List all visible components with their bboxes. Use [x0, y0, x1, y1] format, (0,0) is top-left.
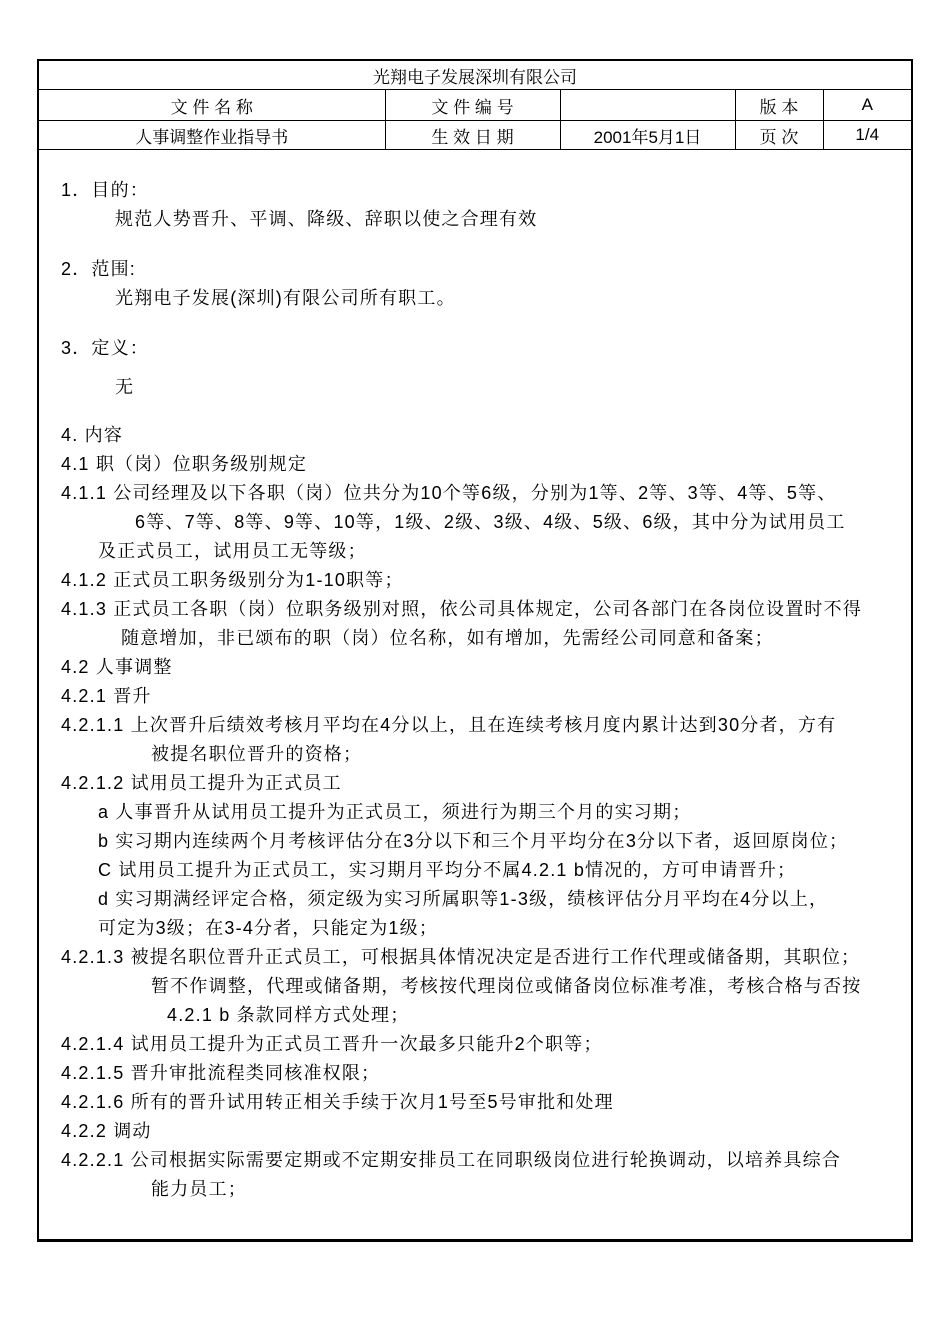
section-3-text: 无	[39, 373, 911, 402]
page-number-value: 1/4	[823, 121, 911, 150]
clause-4-1-3-cont: 随意增加，非已颂布的职（岗）位名称，如有增加，先需经公司同意和备案；	[39, 624, 911, 653]
version-value: A	[823, 90, 911, 121]
section-2-title: 2．范围:	[39, 255, 911, 284]
doc-number-value	[560, 90, 735, 121]
section-3-title: 3．定义：	[39, 334, 911, 363]
version-label: 版 本	[735, 90, 823, 121]
clause-4-1-1-cont: 6等、7等、8等、9等、10等，1级、2级、3级、4级、5级、6级，其中分为试用…	[39, 508, 911, 537]
clause-4-1-2: 4.1.2 正式员工职务级别分为1-10职等；	[39, 566, 911, 595]
clause-4-2: 4.2 人事调整	[39, 653, 911, 682]
clause-4-2-1-2-d-cont: 可定为3级；在3-4分者，只能定为1级；	[39, 914, 911, 943]
clause-4-1-3: 4.1.3 正式员工各职（岗）位职务级别对照，依公司具体规定，公司各部门在各岗位…	[39, 595, 911, 624]
effective-date-value: 2001年5月1日	[560, 121, 735, 150]
section-2-text: 光翔电子发展(深圳)有限公司所有职工。	[39, 284, 911, 313]
document-border-box: 光翔电子发展深圳有限公司 文 件 名 称 文 件 编 号 版 本 A 人事调整作…	[37, 59, 913, 1242]
clause-4-2-1-6: 4.2.1.6 所有的晋升试用转正相关手续于次月1号至5号审批和处理	[39, 1088, 911, 1117]
clause-4-2-1-4: 4.2.1.4 试用员工提升为正式员工晋升一次最多只能升2个职等；	[39, 1030, 911, 1059]
clause-4-2-2-1-cont: 能力员工；	[39, 1175, 911, 1204]
clause-4-1-1-cont2: 及正式员工，试用员工无等级；	[39, 537, 911, 566]
company-name: 光翔电子发展深圳有限公司	[39, 61, 911, 90]
clause-4-2-1-2-c: C 试用员工提升为正式员工，实习期月平均分不属4.2.1 b情况的，方可申请晋升…	[39, 856, 911, 885]
clause-4-2-1: 4.2.1 晋升	[39, 682, 911, 711]
clause-4-1: 4.1 职（岗）位职务级别规定	[39, 450, 911, 479]
page-number-label: 页 次	[735, 121, 823, 150]
clause-4-2-1-2-d: d 实习期满经评定合格，须定级为实习所属职等1-3级，绩核评估分月平均在4分以上…	[39, 885, 911, 914]
doc-name-label: 文 件 名 称	[39, 90, 385, 121]
clause-4-2-1-1-cont: 被提名职位晋升的资格；	[39, 740, 911, 769]
clause-4-2-2-1: 4.2.2.1 公司根据实际需要定期或不定期安排员工在同职级岗位进行轮换调动，以…	[39, 1146, 911, 1175]
document-page: 光翔电子发展深圳有限公司 文 件 名 称 文 件 编 号 版 本 A 人事调整作…	[0, 0, 950, 1344]
clause-4-2-1-1: 4.2.1.1 上次晋升后绩效考核月平均在4分以上，且在连续考核月度内累计达到3…	[39, 711, 911, 740]
clause-4-2-1-2: 4.2.1.2 试用员工提升为正式员工	[39, 769, 911, 798]
clause-4-1-1: 4.1.1 公司经理及以下各职（岗）位共分为10个等6级，分别为1等、2等、3等…	[39, 479, 911, 508]
clause-4-2-1-3-cont: 暂不作调整，代理或储备期，考核按代理岗位或储备岗位标准考准，考核合格与否按	[39, 972, 911, 1001]
clause-4-2-1-2-b: b 实习期内连续两个月考核评估分在3分以下和三个月平均分在3分以下者，返回原岗位…	[39, 827, 911, 856]
section-1-title: 1．目的：	[39, 176, 911, 205]
section-4-title: 4. 内容	[39, 421, 911, 450]
clause-4-2-1-3: 4.2.1.3 被提名职位晋升正式员工，可根据具体情况决定是否进行工作代理或储备…	[39, 943, 911, 972]
effective-date-label: 生 效 日 期	[385, 121, 560, 150]
document-header-table: 光翔电子发展深圳有限公司 文 件 名 称 文 件 编 号 版 本 A 人事调整作…	[39, 61, 911, 150]
doc-name-value: 人事调整作业指导书	[39, 121, 385, 150]
clause-4-2-1-5: 4.2.1.5 晋升审批流程类同核准权限；	[39, 1059, 911, 1088]
section-1-text: 规范人势晋升、平调、降级、辞职以使之合理有效	[39, 205, 911, 234]
clause-4-2-1-3-cont2: 4.2.1 b 条款同样方式处理；	[39, 1001, 911, 1030]
clause-4-2-2: 4.2.2 调动	[39, 1117, 911, 1146]
doc-number-label: 文 件 编 号	[385, 90, 560, 121]
clause-4-2-1-2-a: a 人事晋升从试用员工提升为正式员工，须进行为期三个月的实习期；	[39, 798, 911, 827]
document-body: 1．目的： 规范人势晋升、平调、降级、辞职以使之合理有效 2．范围: 光翔电子发…	[39, 176, 911, 1204]
